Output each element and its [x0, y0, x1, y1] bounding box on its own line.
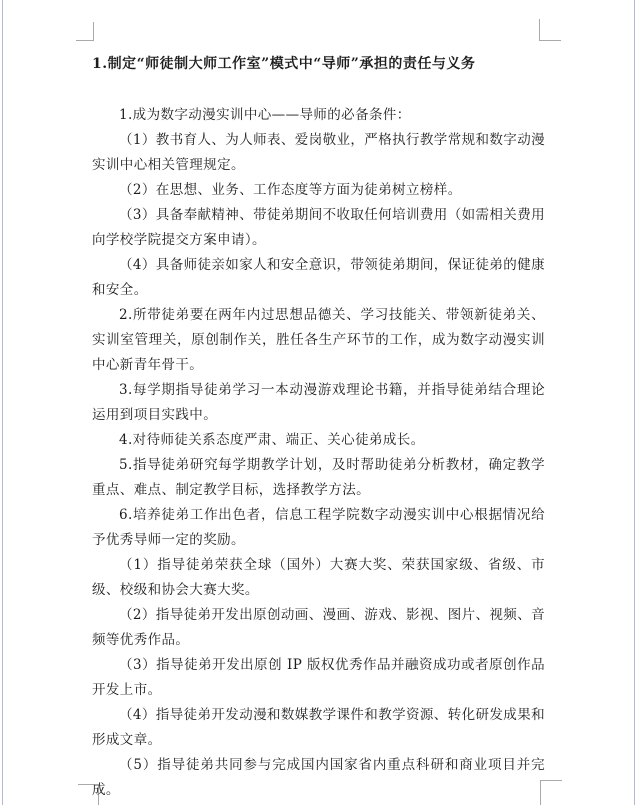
margin-crop-mark-top-right [539, 19, 561, 41]
paragraph-5: 5.指导徒弟研究每学期教学计划，及时帮助徒弟分析教材，确定教学重点、难点、制定教… [92, 453, 545, 503]
paragraph-6-item-4: （4）指导徒弟开发动漫和数媒教学课件和教学资源、转化研发成果和形成文章。 [92, 703, 545, 753]
paragraph-6-item-3: （3）指导徒弟开发出原创 IP 版权优秀作品并融资成功或者原创作品开发上市。 [92, 653, 545, 703]
paragraph-6-item-5: （5）指导徒弟共同参与完成国内国家省内重点科研和商业项目并完成。 [92, 753, 545, 803]
paragraph-1-intro: 1.成为数字动漫实训中心——导师的必备条件： [92, 103, 545, 128]
document-body: 1.制定“师徒制大师工作室”模式中“导师”承担的责任与义务 1.成为数字动漫实训… [92, 52, 545, 803]
paragraph-6-item-1: （1）指导徒弟荣获全球（国外）大赛大奖、荣获国家级、省级、市级、校级和协会大赛大… [92, 553, 545, 603]
paragraph-1-item-3: （3）具备奉献精神、带徒弟期间不收取任何培训费用（如需相关费用向学校学院提交方案… [92, 203, 545, 253]
paragraph-1-item-1: （1）教书育人、为人师表、爱岗敬业，严格执行教学常规和数字动漫实训中心相关管理规… [92, 128, 545, 178]
paragraph-1-item-4: （4）具备师徒亲如家人和安全意识，带领徒弟期间，保证徒弟的健康和安全。 [92, 253, 545, 303]
page-edge-left [2, 0, 3, 805]
paragraph-6-item-2: （2）指导徒弟开发出原创动画、漫画、游戏、影视、图片、视频、音频等优秀作品。 [92, 603, 545, 653]
document-title: 1.制定“师徒制大师工作室”模式中“导师”承担的责任与义务 [92, 52, 545, 77]
paragraph-1-item-2: （2）在思想、业务、工作态度等方面为徒弟树立榜样。 [92, 178, 545, 203]
document-page: 1.制定“师徒制大师工作室”模式中“导师”承担的责任与义务 1.成为数字动漫实训… [0, 0, 637, 805]
paragraph-3: 3.每学期指导徒弟学习一本动漫游戏理论书籍，并指导徒弟结合理论运用到项目实践中。 [92, 378, 545, 428]
paragraph-2: 2.所带徒弟要在两年内过思想品德关、学习技能关、带领新徒弟关、实训室管理关，原创… [92, 303, 545, 378]
paragraph-4: 4.对待师徒关系态度严肃、端正、关心徒弟成长。 [92, 428, 545, 453]
page-edge-right [634, 0, 635, 805]
margin-crop-mark-top-left [76, 22, 94, 41]
paragraph-6-intro: 6.培养徒弟工作出色者，信息工程学院数字动漫实训中心根据情况给予优秀导师一定的奖… [92, 503, 545, 553]
